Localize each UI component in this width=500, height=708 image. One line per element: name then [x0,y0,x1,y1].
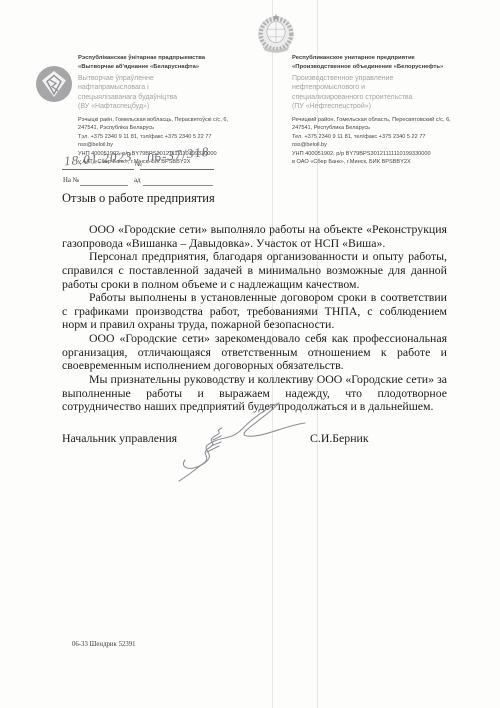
address-line: Рэчыцкі раён, Гомельская вобласць, Перас… [78,116,256,124]
department-line: нафтапрамысловага і [78,83,256,92]
executor-note: 06-33 Шендрик 52391 [72,641,136,648]
address-line: 247541, Рэспубліка Беларусь [78,124,256,132]
scanned-letter-page: Рэспубліканскае ўнітарнае прадпрыемства … [0,0,500,708]
body-paragraph: ООО «Городские сети» зарекомендовало себ… [62,332,447,373]
department-line: спецыялізаванага будаўніцтва [78,93,256,102]
org-name-line: «Производственное объединение «Белорусне… [292,63,472,72]
reply-to-number-label: На № [63,177,79,184]
org-name-line: «Вытворчае аб'яднанне «Беларуснафта» [78,63,256,72]
date-underline [62,169,134,170]
letterhead-right-column: Республиканское унитарное предприятие «П… [292,54,472,166]
state-emblem-icon [255,10,297,56]
body-paragraph: Персонал предприятия, благодаря организо… [62,250,447,291]
address-line: УНП 400051902, р/р BY79BPS30121111110199… [292,150,472,158]
address-line: Тел. +375 2340 9 11 81, тел/факс +375 23… [292,133,472,141]
department-line: Производственное управление [292,74,472,83]
reply-number-underline [80,185,128,186]
signer-position: Начальник управления [62,431,177,446]
company-logo-icon [35,65,73,103]
reply-date-label: ад [134,177,140,184]
department-line: (ПУ «Нефтеспецстрой») [292,102,472,111]
address-line: nss@beloil.by [292,141,472,149]
address-line: Тэл. +375 2340 9 11 81, тэл/факс +375 23… [78,133,256,141]
number-underline [140,169,214,170]
department-block: Вытворчае ўпраўленне нафтапрамысловага і… [78,74,256,111]
department-line: специализированного строительства [292,93,472,102]
address-block: Речицкий район, Гомельская область, Пере… [292,116,472,166]
address-line: 247541, Республика Беларусь [292,124,472,132]
body-paragraph: ООО «Городские сети» выполняло работы на… [62,223,447,250]
signature-scrawl-icon [175,398,325,483]
signer-name: С.И.Берник [310,431,369,446]
address-line: в ОАО «Сбер Банк», г.Минск, БИК BPSBBY2X [292,158,472,166]
org-name-line: Республиканское унитарное предприятие [292,54,472,63]
body-paragraph: Работы выполнены в установленные договор… [62,291,447,332]
department-block: Производственное управление нефтепромысл… [292,74,472,111]
number-sign-label: № [135,161,142,168]
department-line: (ВУ «Нафтаспецбуд») [78,102,256,111]
org-name-line: Рэспубліканскае ўнітарнае прадпрыемства [78,54,256,63]
address-line: Речицкий район, Гомельская область, Пере… [292,116,472,124]
department-line: Вытворчае ўпраўленне [78,74,256,83]
reply-date-underline [143,185,213,186]
page-title: Отзыв о работе предприятия [62,191,215,206]
letter-body: ООО «Городские сети» выполняло работы на… [62,223,447,414]
department-line: нефтепромыслового и [292,83,472,92]
